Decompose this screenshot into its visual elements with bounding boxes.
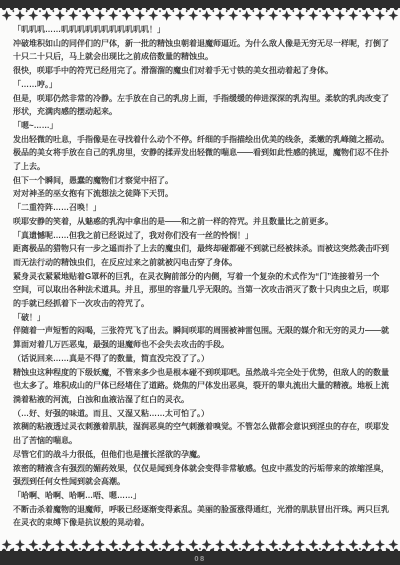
cross-diamond-ornament-icon <box>68 10 78 21</box>
cross-diamond-ornament-icon <box>42 10 52 21</box>
diamond-dot-icon <box>39 548 41 551</box>
text-line: 「真遗憾呢……但我之前已经说过了，我对你们没有一丝的怜悯！」 <box>13 229 390 243</box>
text-line: 咲耶安静的笑着，从魅惑的乳沟中拿出的是——和之前一样的符咒。并且数量比之前更多。 <box>13 215 390 229</box>
diamond-dot-icon <box>39 10 41 13</box>
text-line: 在灵衣的束缚下像是抗议般的晃动着。 <box>13 516 390 530</box>
cross-diamond-ornament-icon <box>215 539 225 550</box>
diamond-dot-icon <box>119 10 121 13</box>
text-line: 「……哼。」 <box>13 78 390 92</box>
diamond-dot-icon <box>66 10 68 13</box>
text-line: 强烈到任何女性闻到就会高潮。 <box>13 475 390 489</box>
diamond-dot-icon <box>386 10 388 13</box>
cross-diamond-ornament-icon <box>135 539 145 550</box>
text-line: 伴随着一声短暂的闷喝，三张符咒飞了出去。瞬间咲耶的周围被神雷包围。无限的媒介和无… <box>13 324 390 338</box>
cross-diamond-ornament-icon <box>268 539 278 550</box>
cross-diamond-ornament-icon <box>55 539 65 550</box>
text-line: 出了苦恼的喘息。 <box>13 434 390 448</box>
cross-diamond-ornament-icon <box>308 539 318 550</box>
diamond-dot-icon <box>172 10 174 13</box>
cross-diamond-ornament-icon <box>2 539 12 550</box>
cross-diamond-ornament-icon <box>188 539 198 550</box>
text-line: 「叽叽叽……叽叽叽叽叽叽叽叽叽叽叽！」 <box>13 23 390 37</box>
cross-diamond-ornament-icon <box>108 10 118 21</box>
diamond-dot-icon <box>199 10 201 13</box>
cross-diamond-ornament-icon <box>388 539 398 550</box>
cross-diamond-ornament-icon <box>308 10 318 21</box>
cross-diamond-ornament-icon <box>162 539 172 550</box>
text-line: 浓密的精液含有强烈的媚药效果，仅仅是闻到身体就会变得非常敏感。包皮中蒸发的污垢带… <box>13 462 390 476</box>
diamond-dot-icon <box>212 10 214 13</box>
text-line: 但是，咲耶仍然非常的冷静。左手放在自己的乳房上面，手指缓缓的伸进深深的乳沟里。柔… <box>13 92 390 106</box>
cross-diamond-ornament-icon <box>322 539 332 550</box>
diamond-dot-icon <box>159 10 161 13</box>
cross-diamond-ornament-icon <box>28 539 38 550</box>
text-line: 形状，充满肉感的摆动起来。 <box>13 105 390 119</box>
diamond-dot-icon <box>146 10 148 13</box>
text-line: 浓稠的粘液透过灵衣刺激着肌肤，湿润恶臭的空气刺激着嗅觉。不管怎么做都会意识到淫虫… <box>13 420 390 434</box>
cross-diamond-ornament-icon <box>228 10 238 21</box>
diamond-dot-icon <box>319 10 321 13</box>
text-line: 对对神圣的巫女抱有下流想法之徒降下天罚。 <box>13 187 390 201</box>
text-line: （…好、好强的味道。而且、又湿又粘……太可怕了。） <box>13 407 390 421</box>
diamond-dot-icon <box>186 10 188 13</box>
diamond-dot-icon <box>226 10 228 13</box>
text-line: 但下一个瞬间，愚蠢的魔物们才察觉中招了。 <box>13 174 390 188</box>
cross-diamond-ornament-icon <box>375 539 385 550</box>
cross-diamond-ornament-icon <box>82 10 92 21</box>
text-line: 紧身灵衣紧紧地贴着G罩杯的巨乳，在灵衣胸前部分的内侧，写着一个复杂的术式作为“门… <box>13 270 390 284</box>
diamond-dot-icon <box>359 10 361 13</box>
cross-diamond-ornament-icon <box>388 10 398 21</box>
diamond-dot-icon <box>372 10 374 13</box>
text-line: 距离极品的猎物只有一步之遥而扑了上去的魔虫们，最终却碰都碰不到就已经被抹杀。而被… <box>13 242 390 256</box>
diamond-dot-icon <box>199 548 201 551</box>
text-line: 的手就已经抓着下一次攻击的符咒了。 <box>13 297 390 311</box>
text-line: 「破！」 <box>13 311 390 325</box>
body-text: 「叽叽叽……叽叽叽叽叽叽叽叽叽叽叽！」冲破堆积如山的同伴们的尸体，新一批的精蚀虫… <box>13 23 390 530</box>
cross-diamond-ornament-icon <box>15 10 25 21</box>
cross-diamond-ornament-icon <box>295 539 305 550</box>
cross-diamond-ornament-icon <box>215 10 225 21</box>
diamond-dot-icon <box>279 548 281 551</box>
diamond-dot-icon <box>132 10 134 13</box>
diamond-dot-icon <box>332 10 334 13</box>
text-line: 尽管它们的战斗力很低，但他们也是擅长淫欲的孕魔。 <box>13 448 390 462</box>
text-line: 「哈啊、哈啊、哈啊…唔、嗯……」 <box>13 489 390 503</box>
cross-diamond-ornament-icon <box>255 539 265 550</box>
cross-diamond-ornament-icon <box>255 10 265 21</box>
page-number: 08 <box>0 554 400 563</box>
cross-diamond-ornament-icon <box>348 10 358 21</box>
cross-diamond-ornament-icon <box>2 10 12 21</box>
cross-diamond-ornament-icon <box>242 539 252 550</box>
diamond-dot-icon <box>306 10 308 13</box>
cross-diamond-ornament-icon <box>348 539 358 550</box>
cross-diamond-ornament-icon <box>122 539 132 550</box>
cross-diamond-ornament-icon <box>162 10 172 21</box>
cross-diamond-ornament-icon <box>322 10 332 21</box>
text-line: 「二重符阵……召唤！」 <box>13 201 390 215</box>
diamond-dot-icon <box>252 10 254 13</box>
text-line: 精蚀虫这种程度的下级妖魔，不管来多少也是根本碰不到咲耶吧。虽然战斗完全处于优势，… <box>13 366 390 380</box>
diamond-dot-icon <box>106 10 108 13</box>
cross-diamond-ornament-icon <box>95 539 105 550</box>
diamond-dot-icon <box>92 10 94 13</box>
cross-diamond-ornament-icon <box>268 10 278 21</box>
text-line: 淌着粘液的河流，白浊和血液沾湿了红白的灵衣。 <box>13 393 390 407</box>
diamond-dot-icon <box>79 548 81 551</box>
cross-diamond-ornament-icon <box>188 10 198 21</box>
text-line: 不断击杀着魔物的退魔师，呼吸已经逐渐变得紊乱。美丽的脸蛋涨得通红，光滑的肌肤冒出… <box>13 503 390 517</box>
scanned-page: 「叽叽叽……叽叽叽叽叽叽叽叽叽叽叽！」冲破堆积如山的同伴们的尸体，新一批的精蚀虫… <box>0 0 400 565</box>
cross-diamond-ornament-icon <box>95 10 105 21</box>
text-line: 发出轻微的吐息，手指像是在寻找着什么动个不停。纤细的手指描绘出优美的线条，柔嫩的… <box>13 133 390 147</box>
cross-diamond-ornament-icon <box>55 10 65 21</box>
diamond-dot-icon <box>239 10 241 13</box>
cross-diamond-ornament-icon <box>175 10 185 21</box>
diamond-dot-icon <box>159 548 161 551</box>
cross-diamond-ornament-icon <box>108 539 118 550</box>
cross-diamond-ornament-icon <box>202 539 212 550</box>
diamond-dot-icon <box>52 10 54 13</box>
cross-diamond-ornament-icon <box>282 539 292 550</box>
cross-diamond-ornament-icon <box>148 10 158 21</box>
text-line: 也太多了。堆积成山的尸体已经堵住了道路。烧焦的尸体发出恶臭，裂开的睾丸流出大量的… <box>13 379 390 393</box>
cross-diamond-ornament-icon <box>375 10 385 21</box>
text-line: 冲破堆积如山的同伴们的尸体，新一批的精蚀虫朝着退魔师逼近。为什么敌人像是无穷无尽… <box>13 37 390 51</box>
diamond-dot-icon <box>26 10 28 13</box>
text-line: 极品的美女将手放在自己的乳房里，安静的揉弄发出轻微的喘息——看到如此性感的挑逗，… <box>13 146 390 160</box>
cross-diamond-ornament-icon <box>175 539 185 550</box>
diamond-dot-icon <box>292 10 294 13</box>
diamond-dot-icon <box>279 10 281 13</box>
cross-diamond-ornament-icon <box>362 539 372 550</box>
cross-diamond-ornament-icon <box>42 539 52 550</box>
cross-diamond-ornament-icon <box>68 539 78 550</box>
text-line: 「嗯~……」 <box>13 119 390 133</box>
text-line: 算面对着几万匹恶鬼，最强的退魔师也不会失去攻击的手段。 <box>13 338 390 352</box>
cross-diamond-ornament-icon <box>15 539 25 550</box>
cross-diamond-ornament-icon <box>148 539 158 550</box>
diamond-dot-icon <box>79 10 81 13</box>
text-line: 空间，可以取出各种法术道具。并且，那里的容量几乎无限的。当第一次攻击消灭了数十只… <box>13 283 390 297</box>
cross-diamond-ornament-icon <box>282 10 292 21</box>
ornamental-border-top <box>0 0 400 22</box>
text-line: 而无法行动的精蚀虫们，在反应过来之前就被闪电击穿了身体。 <box>13 256 390 270</box>
diamond-dot-icon <box>239 548 241 551</box>
diamond-dot-icon <box>359 548 361 551</box>
cross-diamond-ornament-icon <box>28 10 38 21</box>
text-line: 了上去。 <box>13 160 390 174</box>
text-line: 十只二十只后，马上就会出现比之前成倍数量的精蚀虫。 <box>13 50 390 64</box>
diamond-dot-icon <box>319 548 321 551</box>
cross-diamond-ornament-icon <box>135 10 145 21</box>
text-line: 很快，咲耶手中的符咒已经用完了。滑溜溜的魔虫们对着手无寸铁的美女扭动着起了身体。 <box>13 64 390 78</box>
cross-diamond-ornament-icon <box>122 10 132 21</box>
cross-diamond-ornament-icon <box>242 10 252 21</box>
cross-diamond-ornament-icon <box>295 10 305 21</box>
cross-diamond-ornament-icon <box>335 539 345 550</box>
diamond-dot-icon <box>119 548 121 551</box>
cross-diamond-ornament-icon <box>82 539 92 550</box>
cross-diamond-ornament-icon <box>202 10 212 21</box>
diamond-dot-icon <box>266 10 268 13</box>
text-line: （话说回来……真是不得了的数量，简直没完没了了。） <box>13 352 390 366</box>
diamond-dot-icon <box>346 10 348 13</box>
cross-diamond-ornament-icon <box>335 10 345 21</box>
cross-diamond-ornament-icon <box>362 10 372 21</box>
cross-diamond-ornament-icon <box>228 539 238 550</box>
diamond-dot-icon <box>12 10 14 13</box>
